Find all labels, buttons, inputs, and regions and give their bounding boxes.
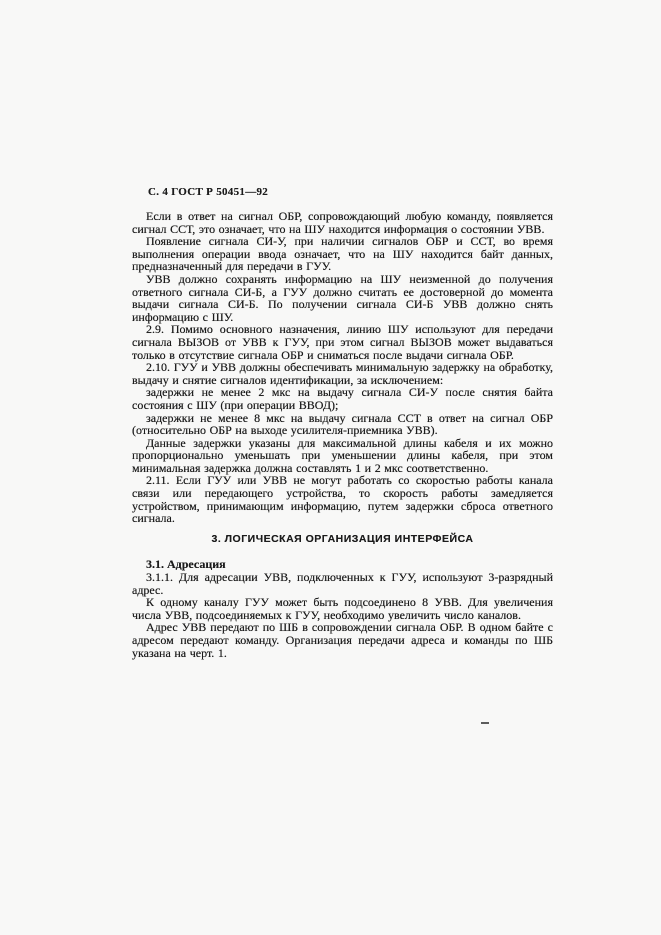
- paragraph: Адрес УВВ передают по ШБ в сопровождении…: [132, 621, 553, 659]
- paragraph-3-1-1: 3.1.1. Для адресации УВВ, подключенных к…: [132, 571, 553, 596]
- paragraph: Появление сигнала СИ-У, при наличии сигн…: [132, 235, 553, 273]
- paragraph-list-item: задержки не менее 8 мкс на выдачу сигнал…: [132, 412, 553, 437]
- paragraph-list-item: задержки не менее 2 мкс на выдачу сигнал…: [132, 386, 553, 411]
- paragraph-2-9: 2.9. Помимо основного назначения, линию …: [132, 323, 553, 361]
- running-header: С. 4 ГОСТ Р 50451—92: [132, 186, 553, 199]
- paragraph: УВВ должно сохранять информацию на ШУ не…: [132, 273, 553, 323]
- scan-artifact-dash: [481, 722, 489, 724]
- paragraph: К одному каналу ГУУ может быть подсоедин…: [132, 596, 553, 621]
- paragraph-2-11: 2.11. Если ГУУ или УВВ не могут работать…: [132, 474, 553, 524]
- paragraph-2-10: 2.10. ГУУ и УВВ должны обеспечивать мини…: [132, 361, 553, 386]
- paragraph: Данные задержки указаны для максимальной…: [132, 437, 553, 475]
- paragraph: Если в ответ на сигнал ОБР, сопровождающ…: [132, 210, 553, 235]
- text-column: С. 4 ГОСТ Р 50451—92 Если в ответ на сиг…: [132, 186, 553, 659]
- section-heading: 3. ЛОГИЧЕСКАЯ ОРГАНИЗАЦИЯ ИНТЕРФЕЙСА: [132, 533, 553, 546]
- scanned-document-page: С. 4 ГОСТ Р 50451—92 Если в ответ на сиг…: [0, 0, 661, 935]
